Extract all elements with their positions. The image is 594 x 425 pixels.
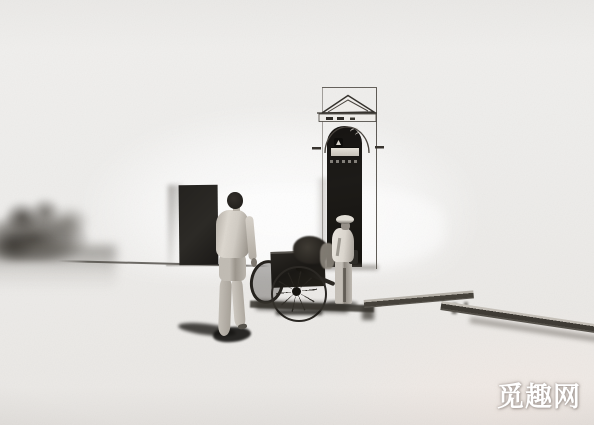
film-grain-overlay — [0, 0, 594, 425]
watermark-text: 觅趣网 — [497, 381, 593, 415]
monochrome-photograph: 觅趣网 — [0, 0, 594, 425]
